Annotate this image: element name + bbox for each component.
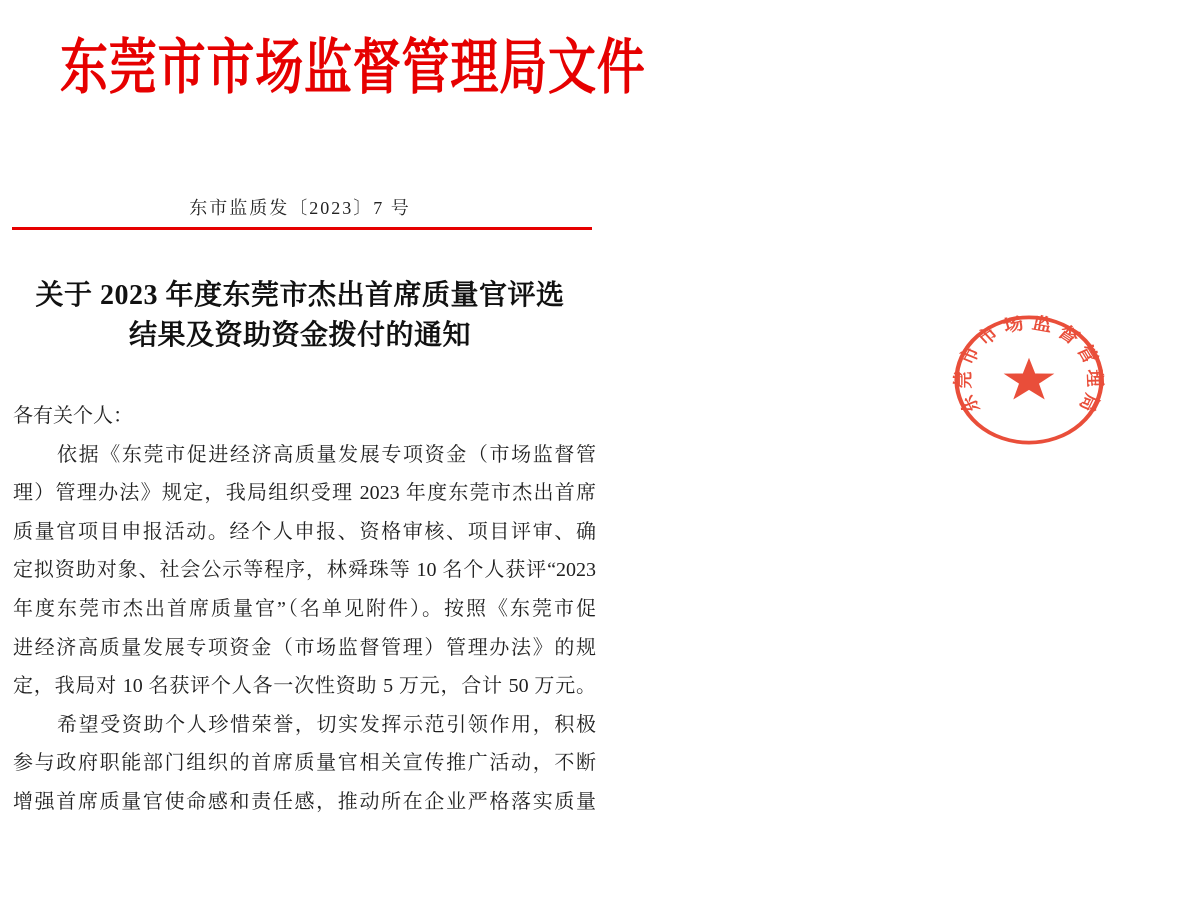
- body-line: 年度东莞市杰出首席质量官”（名单见附件）。按照《东莞市促: [13, 590, 596, 629]
- body-line: 理）管理办法》规定，我局组织受理 2023 年度东莞市杰出首席: [13, 474, 596, 513]
- salutation: 各有关个人：: [13, 397, 596, 436]
- agency-header-title: 东莞市市场监督管理局文件: [60, 30, 540, 106]
- official-seal: 东莞市市场监督管理局: [948, 310, 1110, 450]
- star-icon: [1004, 358, 1055, 400]
- left-body-text: 各有关个人： 依据《东莞市促进经济高质量发展专项资金（市场监督管 理）管理办法》…: [13, 397, 596, 822]
- document-page-left: 东莞市市场监督管理局文件 东市监质发〔2023〕7 号 关于 2023 年度东莞…: [0, 0, 600, 900]
- doc-number: 东市监质发〔2023〕7 号: [0, 194, 600, 220]
- doc-title-line2: 结果及资助资金拨付的通知: [0, 316, 600, 356]
- body-line: 依据《东莞市促进经济高质量发展专项资金（市场监督管: [13, 436, 596, 475]
- body-line: 定，我局对 10 名获评个人各一次性资助 5 万元，合计 50 万元。: [13, 667, 596, 706]
- body-line: 质量官项目申报活动。经个人申报、资格审核、项目评审、确: [13, 513, 596, 552]
- body-line: 定拟资助对象、社会公示等程序，林舜珠等 10 名个人获评“2023: [13, 551, 596, 590]
- body-line: 进经济高质量发展专项资金（市场监督管理）管理办法》的规: [13, 629, 596, 668]
- official-seal-graphic: 东莞市市场监督管理局: [948, 310, 1110, 450]
- doc-title-line1: 关于 2023 年度东莞市杰出首席质量官评选: [0, 276, 600, 316]
- body-line: 增强首席质量官使命感和责任感，推动所在企业严格落实质量: [13, 783, 596, 822]
- body-line: 希望受资助个人珍惜荣誉，切实发挥示范引领作用，积极: [13, 706, 596, 745]
- doc-title: 关于 2023 年度东莞市杰出首席质量官评选 结果及资助资金拨付的通知: [0, 276, 600, 356]
- red-divider-rule: [12, 227, 592, 230]
- body-line: 参与政府职能部门组织的首席质量官相关宣传推广活动，不断: [13, 744, 596, 783]
- document-page-right: 主体责任，积极推广先进质量管理方法，大力开展产品质量改 进提升活动，进一步提升企…: [600, 0, 1200, 900]
